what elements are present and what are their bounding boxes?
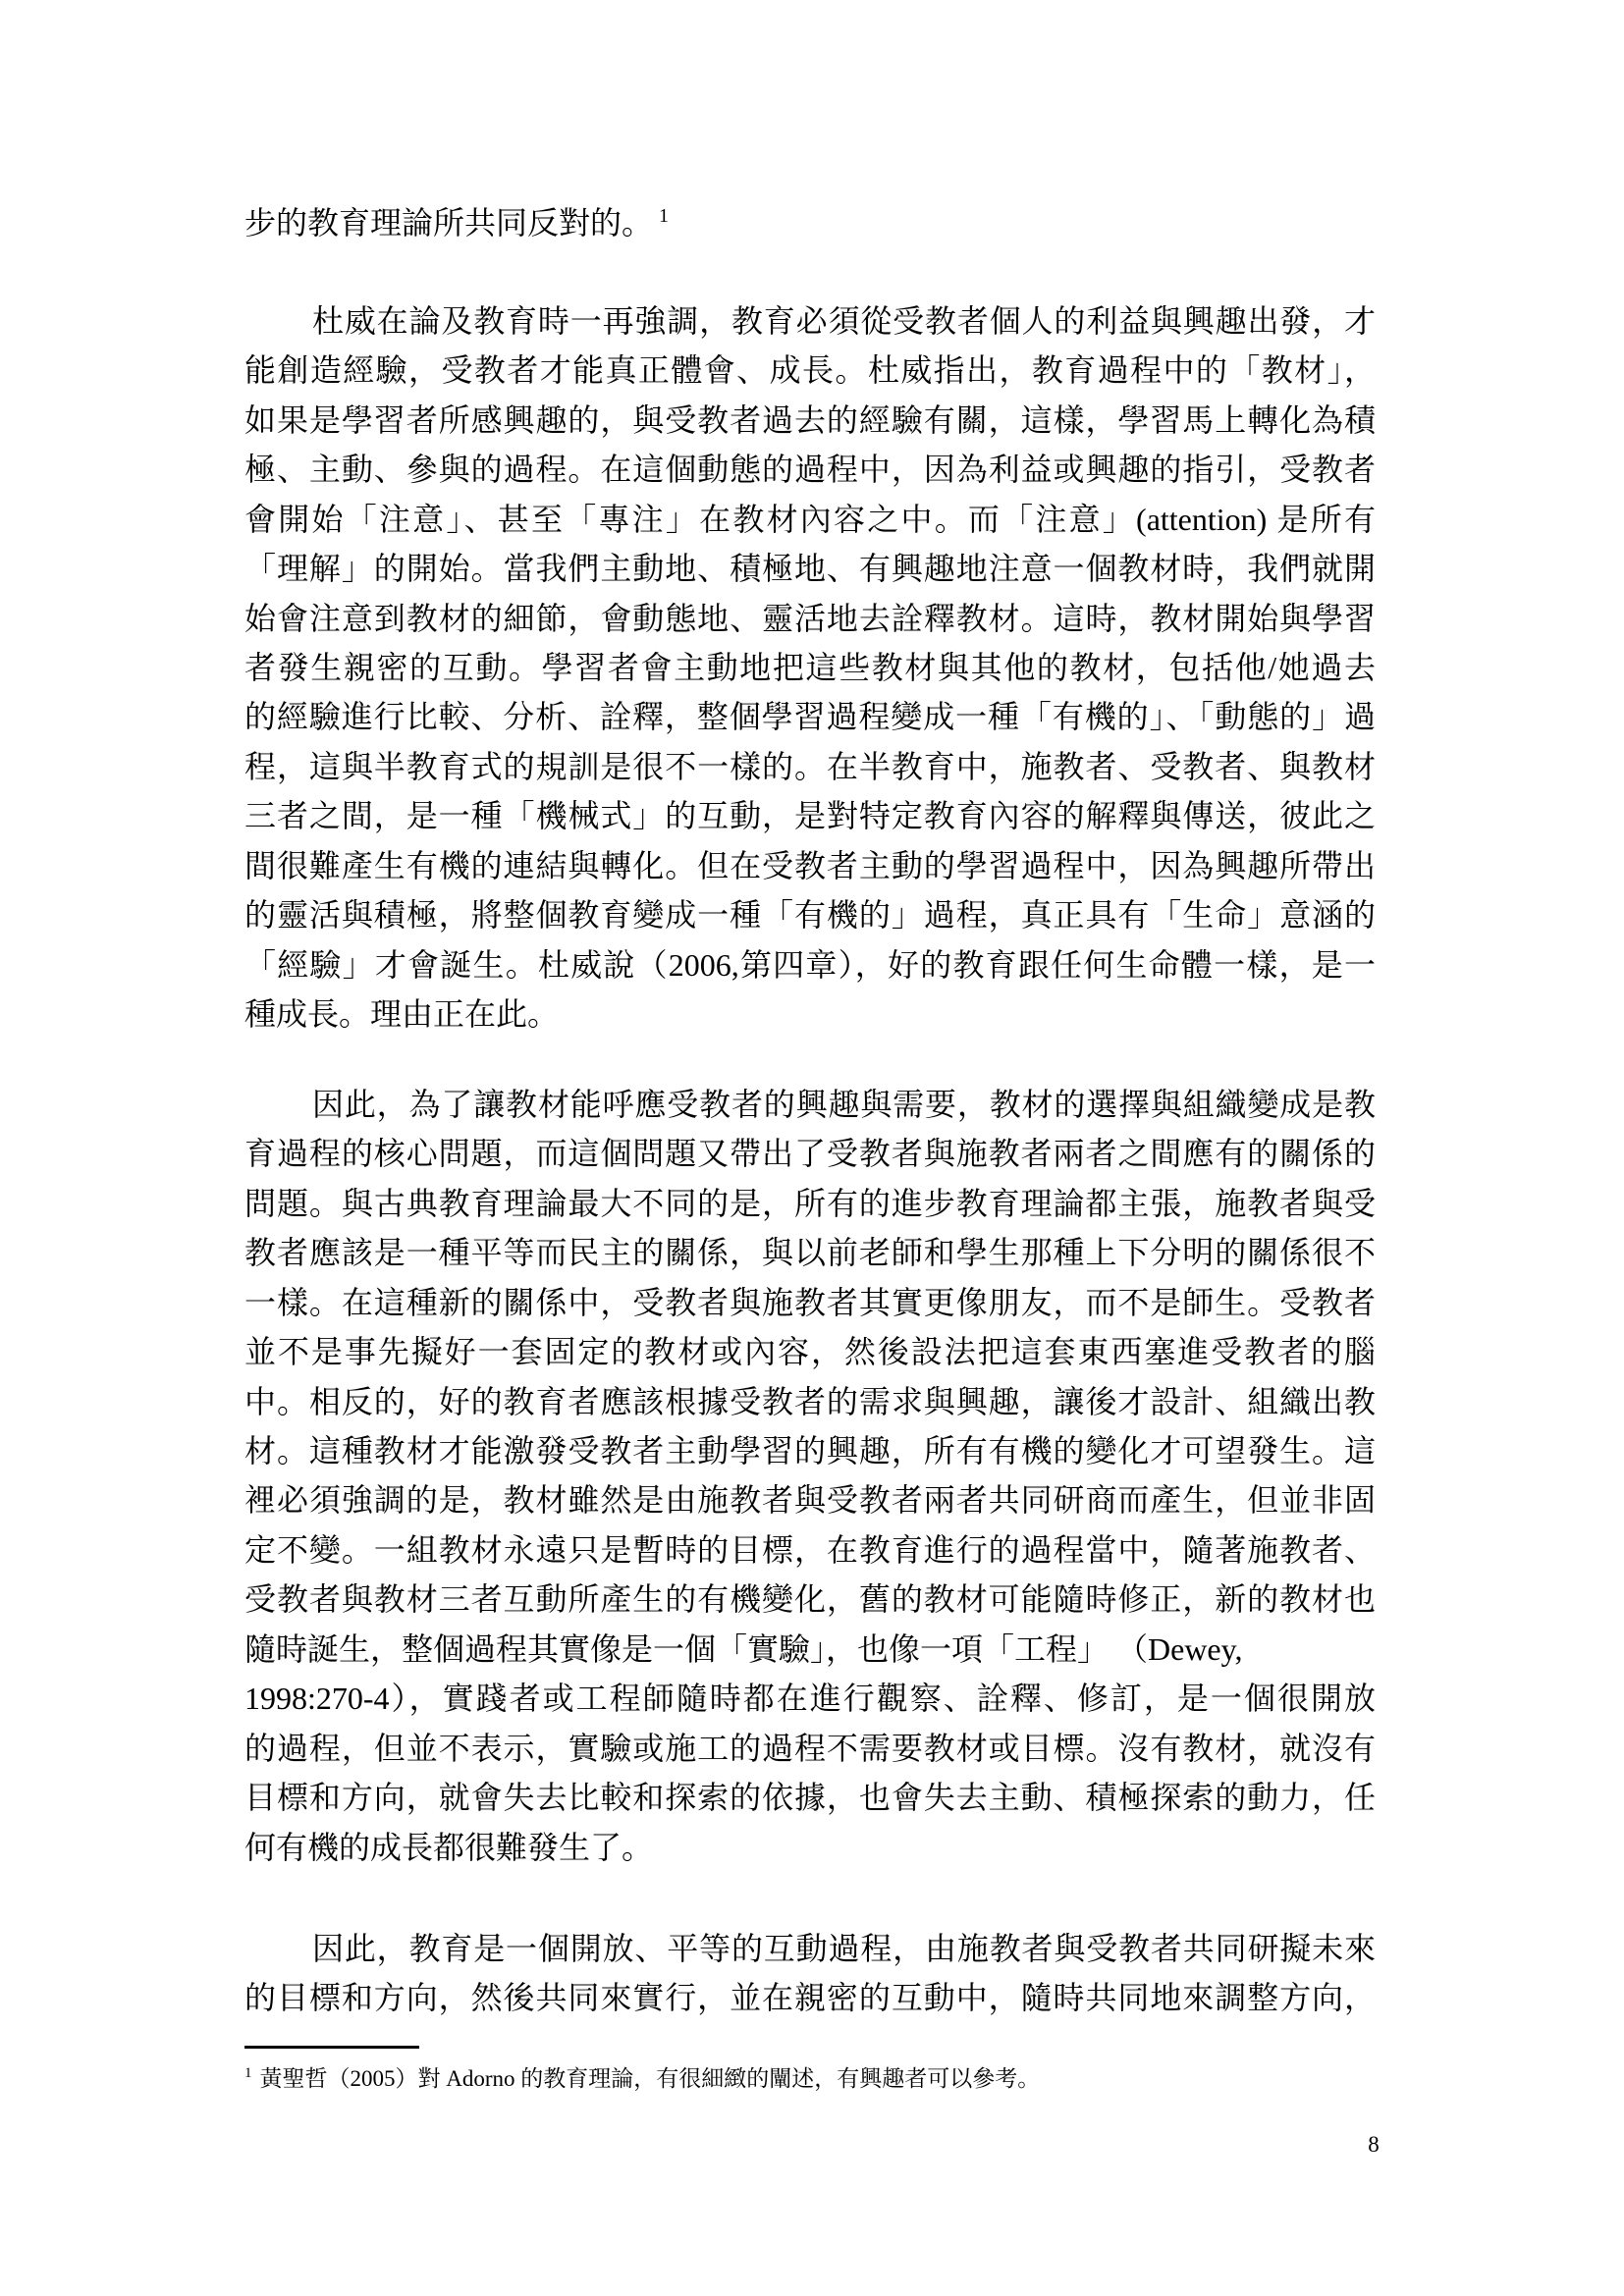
- paragraph-line: 始會注意到教材的細節，會動態地、靈活地去詮釋教材。這時，教材開始與學習: [244, 594, 1376, 643]
- paragraph-line: 的目標和方向，然後共同來實行，並在親密的互動中，隨時共同地來調整方向，: [244, 1973, 1376, 2022]
- paragraph-line: 會開始「注意」、甚至「專注」在教材內容之中。而「注意」(attention) 是…: [244, 495, 1376, 544]
- paragraph-line: 「經驗」才會誕生。杜威說（2006,第四章），好的教育跟任何生命體一樣，是一: [244, 940, 1376, 989]
- paragraph-line: 「理解」的開始。當我們主動地、積極地、有興趣地注意一個教材時，我們就開: [244, 544, 1376, 593]
- paragraph-line: 杜威在論及教育時一再強調，教育必須從受教者個人的利益與興趣出發，才: [312, 296, 1376, 346]
- paragraph-line: 一樣。在這種新的關係中，受教者與施教者其實更像朋友，而不是師生。受教者: [244, 1278, 1376, 1327]
- paragraph-line: 三者之間，是一種「機械式」的互動，是對特定教育內容的解釋與傳送，彼此之: [244, 791, 1376, 840]
- paragraph-line: 如果是學習者所感興趣的，與受教者過去的經驗有關，這樣，學習馬上轉化為積: [244, 396, 1376, 445]
- paragraph-line: 中。相反的，好的教育者應該根據受教者的需求與興趣，讓後才設計、組織出教: [244, 1377, 1376, 1426]
- footnote-reference[interactable]: 1: [659, 205, 669, 227]
- paragraph-line: 的過程，但並不表示，實驗或施工的過程不需要教材或目標。沒有教材，就沒有: [244, 1724, 1376, 1773]
- paragraph-line: 的經驗進行比較、分析、詮釋，整個學習過程變成一種「有機的」、「動態的」過: [244, 692, 1376, 741]
- paragraph-line: 育過程的核心問題，而這個問題又帶出了受教者與施教者兩者之間應有的關係的: [244, 1129, 1376, 1178]
- document-page: 步的教育理論所共同反對的。1 杜威在論及教育時一再強調，教育必須從受教者個人的利…: [0, 0, 1624, 2296]
- paragraph-line: 裡必須強調的是，教材雖然是由施教者與受教者兩者共同研商而產生，但並非固: [244, 1475, 1376, 1524]
- paragraph-line: 種成長。理由正在此。: [244, 989, 1376, 1039]
- paragraph-line: 問題。與古典教育理論最大不同的是，所有的進步教育理論都主張，施教者與受: [244, 1179, 1376, 1228]
- footnote-text: 黃聖哲（2005）對 Adorno 的教育理論，有很細緻的闡述，有興趣者可以參考…: [260, 2066, 1041, 2091]
- paragraph-line: 的靈活與積極，將整個教育變成一種「有機的」過程，真正具有「生命」意涵的: [244, 890, 1376, 939]
- page-number: 8: [1359, 2128, 1388, 2162]
- opening-line: 步的教育理論所共同反對的。1: [244, 198, 1376, 247]
- paragraph-line: 間很難產生有機的連結與轉化。但在受教者主動的學習過程中，因為興趣所帶出: [244, 841, 1376, 890]
- footnote-separator: [244, 2046, 419, 2049]
- paragraph-line: 定不變。一組教材永遠只是暫時的目標，在教育進行的過程當中，隨著施教者、: [244, 1525, 1376, 1575]
- paragraph-line: 因此，教育是一個開放、平等的互動過程，由施教者與受教者共同研擬未來: [312, 1924, 1376, 1973]
- footnote-1: 1黃聖哲（2005）對 Adorno 的教育理論，有很細緻的闡述，有興趣者可以參…: [244, 2059, 1376, 2099]
- paragraph-line: 程，這與半教育式的規訓是很不一樣的。在半教育中，施教者、受教者、與教材: [244, 742, 1376, 791]
- paragraph-line: 材。這種教材才能激發受教者主動學習的興趣，所有有機的變化才可望發生。這: [244, 1426, 1376, 1475]
- paragraph-line: 1998:270-4），實踐者或工程師隨時都在進行觀察、詮釋、修訂，是一個很開放: [244, 1674, 1376, 1723]
- paragraph-line: 能創造經驗，受教者才能真正體會、成長。杜威指出，教育過程中的「教材」，: [244, 346, 1376, 395]
- opening-line-text: 步的教育理論所共同反對的。: [244, 205, 653, 240]
- paragraph-line: 極、主動、參與的過程。在這個動態的過程中，因為利益或興趣的指引，受教者: [244, 445, 1376, 494]
- paragraph-line: 者發生親密的互動。學習者會主動地把這些教材與其他的教材，包括他/她過去: [244, 643, 1376, 692]
- footnote-mark: 1: [244, 2065, 252, 2081]
- paragraph-line: 因此，為了讓教材能呼應受教者的興趣與需要，教材的選擇與組織變成是教: [312, 1080, 1376, 1129]
- paragraph-line: 何有機的成長都很難發生了。: [244, 1823, 1376, 1872]
- paragraph-line: 受教者與教材三者互動所產生的有機變化，舊的教材可能隨時修正，新的教材也: [244, 1575, 1376, 1624]
- paragraph-line: 並不是事先擬好一套固定的教材或內容，然後設法把這套東西塞進受教者的腦: [244, 1327, 1376, 1376]
- paragraph-line: 隨時誕生，整個過程其實像是一個「實驗」，也像一項「工程」 （Dewey,: [244, 1625, 1376, 1674]
- paragraph-line: 教者應該是一種平等而民主的關係，與以前老師和學生那種上下分明的關係很不: [244, 1228, 1376, 1277]
- paragraph-line: 目標和方向，就會失去比較和探索的依據，也會失去主動、積極探索的動力，任: [244, 1773, 1376, 1822]
